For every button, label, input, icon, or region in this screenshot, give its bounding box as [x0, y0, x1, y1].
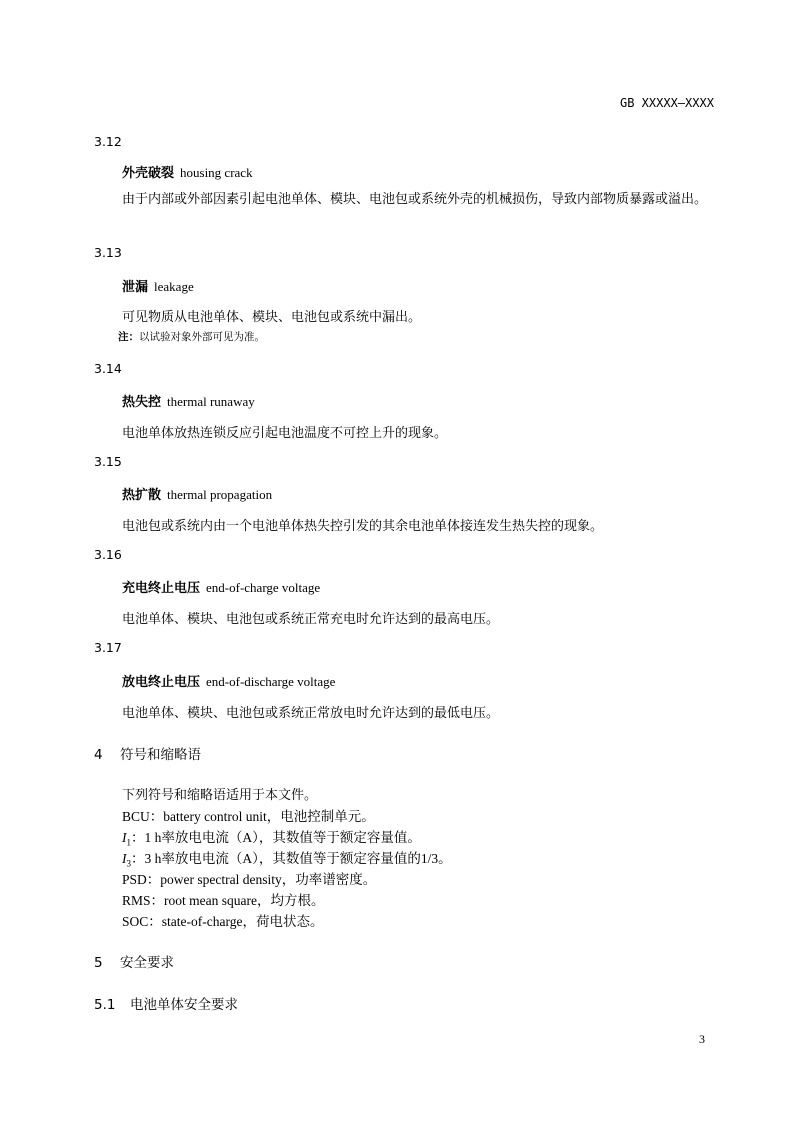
term-definition: 由于内部或外部因素引起电池单体、模块、电池包或系统外壳的机械损伤，导致内部物质暴… [94, 189, 714, 210]
term-zh: 热扩散 [122, 488, 161, 503]
term-en: leakage [154, 279, 194, 294]
section-heading: 4符号和缩略语 [94, 743, 201, 763]
abbreviation-text: ：battery control unit，电池控制单元。 [150, 809, 375, 824]
abbreviation-item: I1：1 h率放电电流（A），其数值等于额定容量值。 [122, 826, 421, 848]
abbreviation-item: I3：3 h率放电电流（A），其数值等于额定容量值的1/3。 [122, 847, 452, 869]
abbreviation-text: ：1 h率放电电流（A），其数值等于额定容量值。 [131, 830, 421, 845]
term-heading: 外壳破裂housing crack [122, 162, 253, 181]
section-title: 符号和缩略语 [120, 747, 201, 763]
abbreviation-symbol: SOC [122, 914, 148, 929]
abbreviation-item: PSD：power spectral density，功率谱密度。 [122, 868, 376, 888]
abbreviation-item: BCU：battery control unit，电池控制单元。 [122, 805, 375, 825]
term-number: 3.14 [94, 361, 122, 376]
term-en: thermal propagation [167, 487, 272, 502]
section-title: 安全要求 [120, 955, 174, 971]
abbreviation-symbol: PSD [122, 872, 147, 887]
abbreviation-item: SOC：state-of-charge，荷电状态。 [122, 910, 323, 930]
abbreviation-item: RMS：root mean square，均方根。 [122, 889, 325, 909]
term-zh: 充电终止电压 [122, 581, 200, 596]
term-heading: 充电终止电压end-of-charge voltage [122, 577, 320, 596]
term-number: 3.15 [94, 454, 122, 469]
section-intro: 下列符号和缩略语适用于本文件。 [122, 784, 317, 803]
section-number: 4 [94, 747, 120, 763]
term-heading: 热扩散thermal propagation [122, 484, 272, 503]
abbreviation-symbol: I3 [122, 851, 131, 866]
term-number: 3.17 [94, 640, 122, 655]
term-heading: 热失控thermal runaway [122, 391, 255, 410]
abbreviation-text: ：root mean square，均方根。 [151, 893, 325, 908]
abbreviation-text: ：power spectral density，功率谱密度。 [147, 872, 376, 887]
term-definition: 可见物质从电池单体、模块、电池包或系统中漏出。 [122, 306, 421, 325]
abbreviation-symbol: RMS [122, 893, 151, 908]
section-number: 5 [94, 955, 120, 971]
term-number: 3.12 [94, 134, 122, 149]
term-number: 3.16 [94, 547, 122, 562]
term-zh: 泄漏 [122, 280, 148, 295]
subsection-number: 5.1 [94, 997, 130, 1013]
page-number: 3 [699, 1032, 705, 1047]
term-zh: 放电终止电压 [122, 675, 200, 690]
term-heading: 放电终止电压end-of-discharge voltage [122, 671, 335, 690]
subsection-heading: 5.1电池单体安全要求 [94, 993, 238, 1013]
note-text: 以试验对象外部可见为准。 [139, 331, 265, 343]
term-definition: 电池单体放热连锁反应引起电池温度不可控上升的现象。 [122, 422, 447, 441]
term-definition: 电池单体、模块、电池包或系统正常充电时允许达到的最高电压。 [122, 608, 499, 627]
document-page: GB XXXXX—XXXX 3.12 外壳破裂housing crack 由于内… [0, 0, 793, 1122]
term-en: thermal runaway [167, 394, 255, 409]
term-en: housing crack [180, 165, 253, 180]
subsection-title: 电池单体安全要求 [130, 997, 238, 1013]
term-number: 3.13 [94, 245, 122, 260]
abbreviation-text: ：3 h率放电电流（A），其数值等于额定容量值的1/3。 [131, 851, 452, 866]
term-en: end-of-discharge voltage [206, 674, 335, 689]
abbreviation-text: ：state-of-charge，荷电状态。 [148, 914, 323, 929]
term-note: 注：以试验对象外部可见为准。 [118, 329, 265, 344]
term-en: end-of-charge voltage [206, 580, 320, 595]
term-zh: 热失控 [122, 395, 161, 410]
abbreviation-symbol: BCU [122, 809, 150, 824]
section-heading: 5安全要求 [94, 951, 174, 971]
abbreviation-symbol: I1 [122, 830, 131, 845]
term-definition: 电池包或系统内由一个电池单体热失控引发的其余电池单体接连发生热失控的现象。 [122, 515, 603, 534]
term-definition: 电池单体、模块、电池包或系统正常放电时允许达到的最低电压。 [122, 702, 499, 721]
term-zh: 外壳破裂 [122, 166, 174, 181]
document-code-header: GB XXXXX—XXXX [620, 96, 714, 110]
term-heading: 泄漏leakage [122, 276, 194, 295]
note-label: 注： [118, 331, 139, 343]
